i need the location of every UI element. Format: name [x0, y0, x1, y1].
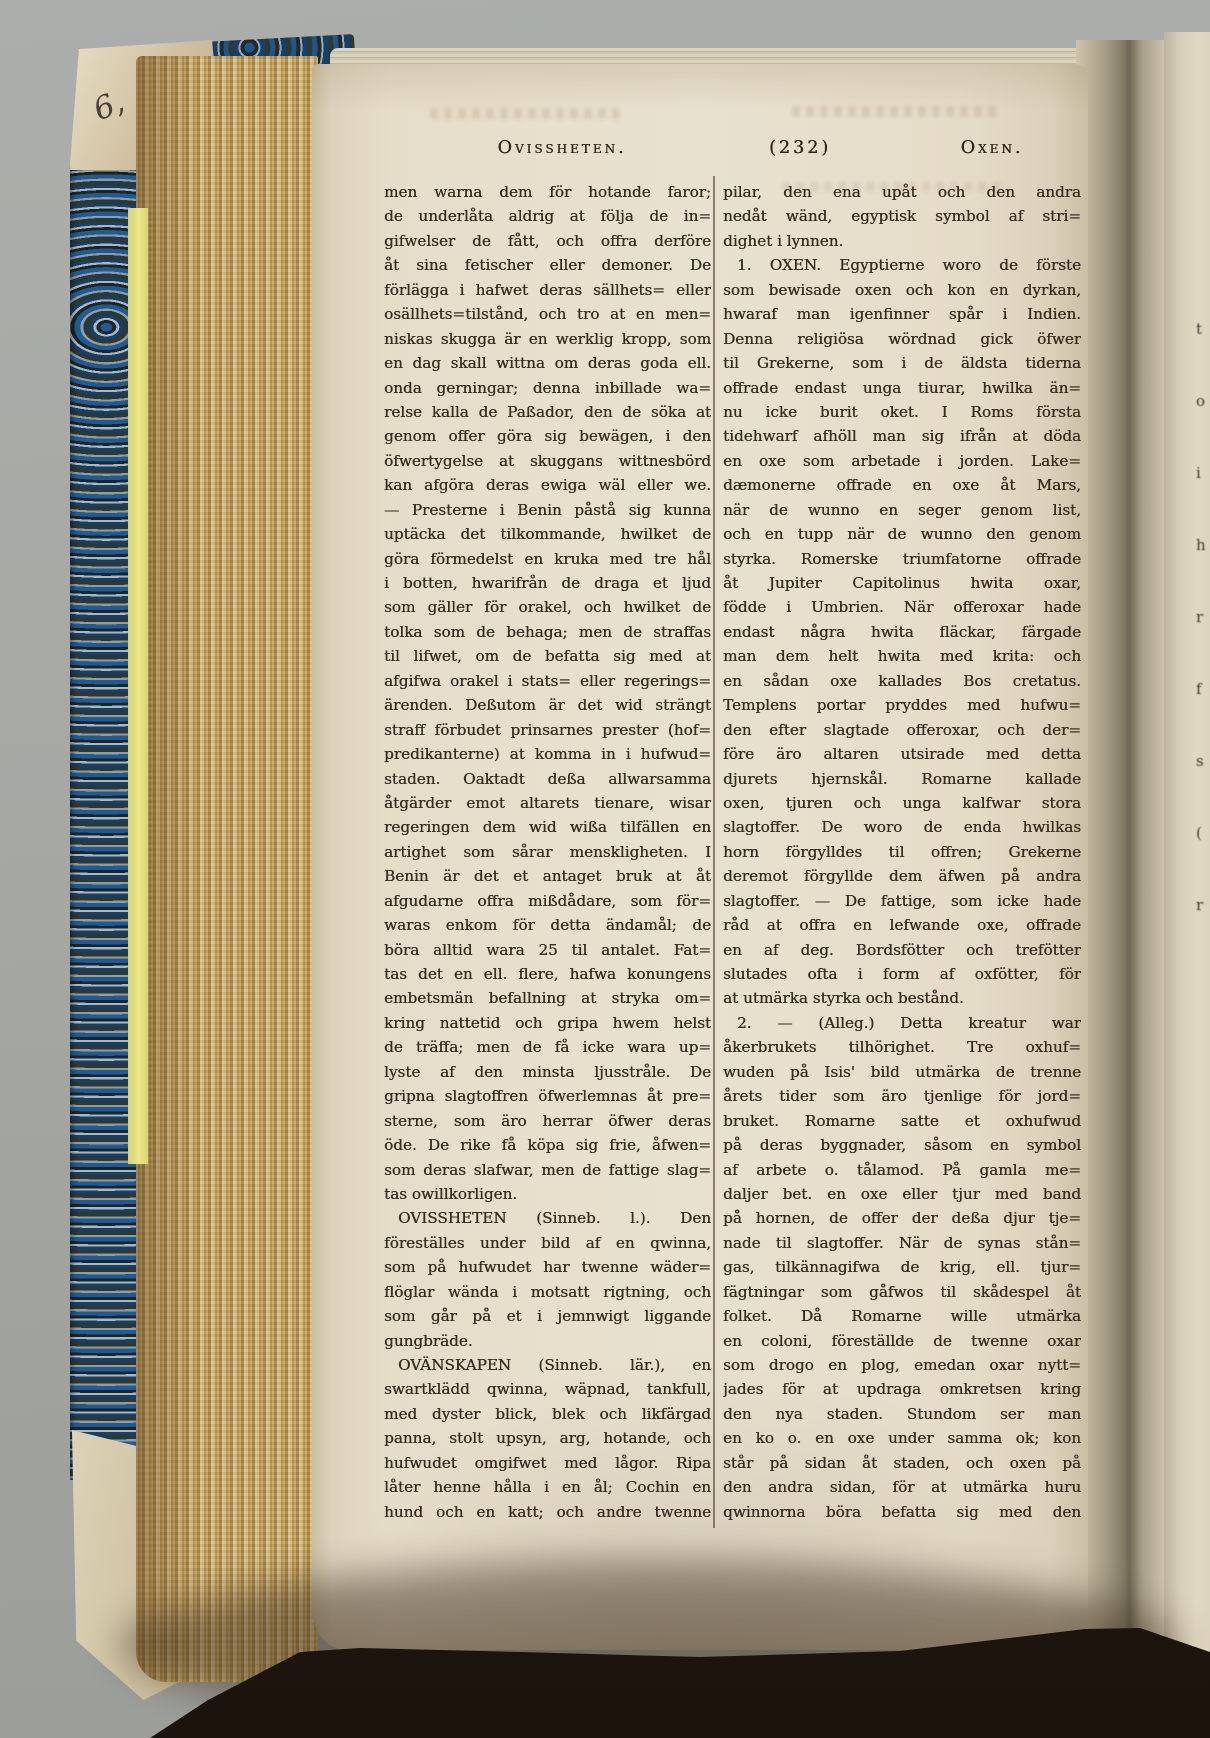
bleed-through-smudge — [430, 108, 620, 119]
text-line: årets tider som äro tjenlige för jord= — [723, 1084, 1081, 1108]
text-fragment: o — [1196, 392, 1210, 410]
text-line: med dyster blick, blek och likfärgad — [384, 1402, 711, 1426]
text-fragment: r — [1196, 608, 1210, 626]
page-header: Ovissheten. (232) Oxen. — [312, 138, 1088, 166]
text-line: nedåt wänd, egyptisk symbol af stri= — [723, 204, 1081, 228]
text-fragment: s — [1196, 752, 1210, 770]
text-line: kring nattetid och gripa hwem helst — [384, 1011, 711, 1035]
book-page: Ovissheten. (232) Oxen. men warna dem fö… — [312, 64, 1088, 1650]
running-title-left: Ovissheten. — [497, 138, 626, 158]
text-fragment: h — [1196, 536, 1210, 554]
text-line: straff förbudet prinsarnes prester (hof= — [384, 718, 711, 742]
text-line: swartklädd qwinna, wäpnad, tankfull, — [384, 1377, 711, 1401]
text-line: Denna religiösa wördnad gick öfwer — [723, 327, 1081, 351]
text-line: OVÄNSKAPEN (Sinneb. lär.), en — [384, 1353, 711, 1377]
text-line: daljer bet. en oxe eller tjur med band — [723, 1182, 1081, 1206]
text-line: den andra sidan, för at utmärka huru — [723, 1475, 1081, 1499]
text-line: man dem helt hwita med krita: och — [723, 644, 1081, 668]
text-line: bruket. Romarne satte et oxhufwud — [723, 1109, 1081, 1133]
text-line: til lifwet, om de befatta sig med at — [384, 644, 711, 668]
text-line: en ko o. en oxe under samma ok; kon — [723, 1426, 1081, 1450]
text-line: den efter slagtade offeroxar, och der= — [723, 718, 1081, 742]
text-line: som bewisade oxen och kon en dyrkan, — [723, 278, 1081, 302]
text-line: osällhets=tilstånd, och tro at en men= — [384, 302, 711, 326]
text-line: 2. — (Alleg.) Detta kreatur war — [723, 1011, 1081, 1035]
text-line: ärenden. Deßutom är det wid strängt — [384, 693, 711, 717]
text-line: åkerbrukets tilhörighet. Tre oxhuf= — [723, 1035, 1081, 1059]
text-line: nu icke burit oket. I Roms första — [723, 400, 1081, 424]
text-line: dighet i lynnen. — [723, 229, 1081, 253]
text-line: står på sidan åt staden, och oxen på — [723, 1451, 1081, 1475]
text-line: råd at offra en lefwande oxe, offrade — [723, 913, 1081, 937]
text-line: dæmonerne offrade en oxe åt Mars, — [723, 473, 1081, 497]
text-line: OVISSHETEN (Sinneb. l.). Den — [384, 1206, 711, 1230]
text-line: låter henne hålla i en ål; Cochin en — [384, 1475, 711, 1499]
text-line: wuden på Isis' bild utmärka de trenne — [723, 1060, 1081, 1084]
text-line: en af deg. Bordsfötter och trefötter — [723, 938, 1081, 962]
text-line: hwaraf man igenfinner spår i Indien. — [723, 302, 1081, 326]
text-line: en sådan oxe kallades Bos cretatus. — [723, 669, 1081, 693]
text-line: folket. Då Romarne wille utmärka — [723, 1304, 1081, 1328]
text-line: som går på et i jemnwigt liggande — [384, 1304, 711, 1328]
text-line: den nya staden. Stundom ser man — [723, 1402, 1081, 1426]
text-line: öde. De rike få köpa sig frie, åfwen= — [384, 1133, 711, 1157]
yellow-page-edge — [128, 208, 148, 1164]
text-line: tidehwarf afhöll man sig ifrån at döda — [723, 424, 1081, 448]
text-line: de underlåta aldrig at följa de in= — [384, 204, 711, 228]
text-line: tas det en ell. flere, hafwa konungens — [384, 962, 711, 986]
text-line: slutades ofta i form af oxfötter, för — [723, 962, 1081, 986]
text-line: en oxe som arbetade i jorden. Lake= — [723, 449, 1081, 473]
text-line: jades för at updraga omkretsen kring — [723, 1377, 1081, 1401]
text-line: kan afgöra deras ewiga wäl eller we. — [384, 473, 711, 497]
text-fragment: r — [1196, 896, 1210, 914]
text-line: djurets hjernskål. Romarne kallade — [723, 767, 1081, 791]
text-line: när de wunno en seger genom list, — [723, 498, 1081, 522]
text-line: tas owillkorligen. — [384, 1182, 711, 1206]
text-line: uptäcka det tilkommande, hwilket de — [384, 522, 711, 546]
left-text-column: men warna dem för hotande faror;de under… — [384, 180, 711, 1524]
text-line: före äro altaren utsirade med detta — [723, 742, 1081, 766]
book-scan: 6, toihrfs(r Ovissheten. (232) Oxen. men… — [0, 0, 1210, 1738]
text-line: af arbete o. tålamod. På gamla me= — [723, 1158, 1081, 1182]
text-line: lyste af den minsta ljusstråle. De — [384, 1060, 711, 1084]
text-line: gungbräde. — [384, 1329, 711, 1353]
text-line: qwinnorna böra befatta sig med den — [723, 1500, 1081, 1524]
text-fragment: i — [1196, 464, 1210, 482]
text-line: til Grekerne, som i de äldsta tiderna — [723, 351, 1081, 375]
text-line: deremot förgyllde dem äfwen på andra — [723, 864, 1081, 888]
text-line: och en tupp när de wunno den genom — [723, 522, 1081, 546]
text-line: i botten, hwarifrån de draga et ljud — [384, 571, 711, 595]
text-line: 1. OXEN. Egyptierne woro de förste — [723, 253, 1081, 277]
text-line: onda gerningar; denna inbillade wa= — [384, 376, 711, 400]
text-line: predikanterne) at komma in i hufwud= — [384, 742, 711, 766]
text-line: gifwelser de fått, och offra derföre — [384, 229, 711, 253]
text-line: föreställes under bild af en qwinna, — [384, 1231, 711, 1255]
column-divider — [713, 176, 715, 1528]
text-fragment: f — [1196, 680, 1210, 698]
right-text-column: pilar, den ena upåt och den andranedåt w… — [723, 180, 1081, 1524]
text-line: flöglar wända i motsatt rigtning, och — [384, 1280, 711, 1304]
text-line: afgudarne offra mißdådare, som för= — [384, 889, 711, 913]
text-line: Benin är det et antaget bruk at åt — [384, 864, 711, 888]
page-gutter-fold — [1076, 40, 1168, 1656]
text-line: som deras slafwar, men de fattige slag= — [384, 1158, 711, 1182]
text-line: slagtoffer. — De fattige, som icke hade — [723, 889, 1081, 913]
text-line: en coloni, föreställde de twenne oxar — [723, 1329, 1081, 1353]
text-line: som gäller för orakel, och hwilket de — [384, 595, 711, 619]
text-line: åt sina fetischer eller demoner. De — [384, 253, 711, 277]
text-line: slagtoffer. De woro de enda hwilkas — [723, 815, 1081, 839]
text-line: niskas skugga är en werklig kropp, som — [384, 327, 711, 351]
text-line: embetsmän befallning at stryka om= — [384, 986, 711, 1010]
text-line: styrka. Romerske triumfatorne offrade — [723, 547, 1081, 571]
page-fore-edge — [136, 56, 318, 1682]
handwritten-note: 6, — [88, 84, 129, 128]
text-line: på deras byggnader, såsom en symbol — [723, 1133, 1081, 1157]
text-line: födde i Umbrien. När offeroxar hade — [723, 595, 1081, 619]
text-line: på hornen, de offer der deßa djur tje= — [723, 1206, 1081, 1230]
text-line: åt Jupiter Capitolinus hwita oxar, — [723, 571, 1081, 595]
text-line: en dag skall wittna om deras goda ell. — [384, 351, 711, 375]
text-line: endast några hwita fläckar, färgade — [723, 620, 1081, 644]
text-line: nade til slagtoffer. När de synas stån= — [723, 1231, 1081, 1255]
text-line: afgifwa orakel i stats= eller regerings= — [384, 669, 711, 693]
next-page-sliver: toihrfs(r — [1164, 32, 1210, 1656]
text-line: panna, stolt upsyn, arg, hotande, och — [384, 1426, 711, 1450]
text-line: böra alltid wara 25 til antalet. Fat= — [384, 938, 711, 962]
text-line: de träffa; men de få icke wara up= — [384, 1035, 711, 1059]
running-title-right: Oxen. — [961, 138, 1024, 158]
text-line: Templens portar pryddes med hufwu= — [723, 693, 1081, 717]
text-line: göra förmedelst en kruka med tre hål — [384, 547, 711, 571]
text-line: sterne, som äro herrar öfwer deras — [384, 1109, 711, 1133]
text-line: gas, tilkännagifwa de krig, ell. tjur= — [723, 1255, 1081, 1279]
text-line: gripna slagtoffren öfwerlemnas åt pre= — [384, 1084, 711, 1108]
text-line: förlägga i hafwet deras sällhets= eller — [384, 278, 711, 302]
marbled-cover — [70, 170, 136, 1480]
text-line: öfwertygelse at skuggans wittnesbörd — [384, 449, 711, 473]
text-line: at utmärka styrka och bestånd. — [723, 986, 1081, 1010]
text-line: waras enkom för detta ändamål; de — [384, 913, 711, 937]
text-line: horn förgylldes til offren; Grekerne — [723, 840, 1081, 864]
text-line: regeringen dem wid wißa tilfällen en — [384, 815, 711, 839]
text-fragment: ( — [1196, 824, 1210, 842]
page-number: (232) — [769, 138, 831, 158]
bleed-through-smudge — [792, 106, 1002, 117]
text-line: oxen, tjuren och unga kalfwar stora — [723, 791, 1081, 815]
text-line: tolka som de behaga; men de straffas — [384, 620, 711, 644]
text-line: hund och en katt; och andre twenne — [384, 1500, 711, 1524]
text-line: som drogo en plog, emedan oxar nytt= — [723, 1353, 1081, 1377]
text-line: genom offer göra sig bewägen, i den — [384, 424, 711, 448]
text-line: relse kalla de Paßador, den de söka at — [384, 400, 711, 424]
text-line: åtgärder emot altarets tienare, wisar — [384, 791, 711, 815]
text-line: som på hufwudet har twenne wäder= — [384, 1255, 711, 1279]
text-line: men warna dem för hotande faror; — [384, 180, 711, 204]
text-line: hufwudet omgifwet med lågor. Ripa — [384, 1451, 711, 1475]
text-line: pilar, den ena upåt och den andra — [723, 180, 1081, 204]
text-line: offrade endast unga tiurar, hwilka än= — [723, 376, 1081, 400]
text-fragment: t — [1196, 320, 1210, 338]
sliver-text-fragments: toihrfs(r — [1190, 320, 1210, 914]
text-line: — Presterne i Benin påstå sig kunna — [384, 498, 711, 522]
text-line: artighet som sårar menskligheten. I — [384, 840, 711, 864]
text-line: fägtningar som gåfwos til skådespel åt — [723, 1280, 1081, 1304]
text-line: staden. Oaktadt deßa allwarsamma — [384, 767, 711, 791]
